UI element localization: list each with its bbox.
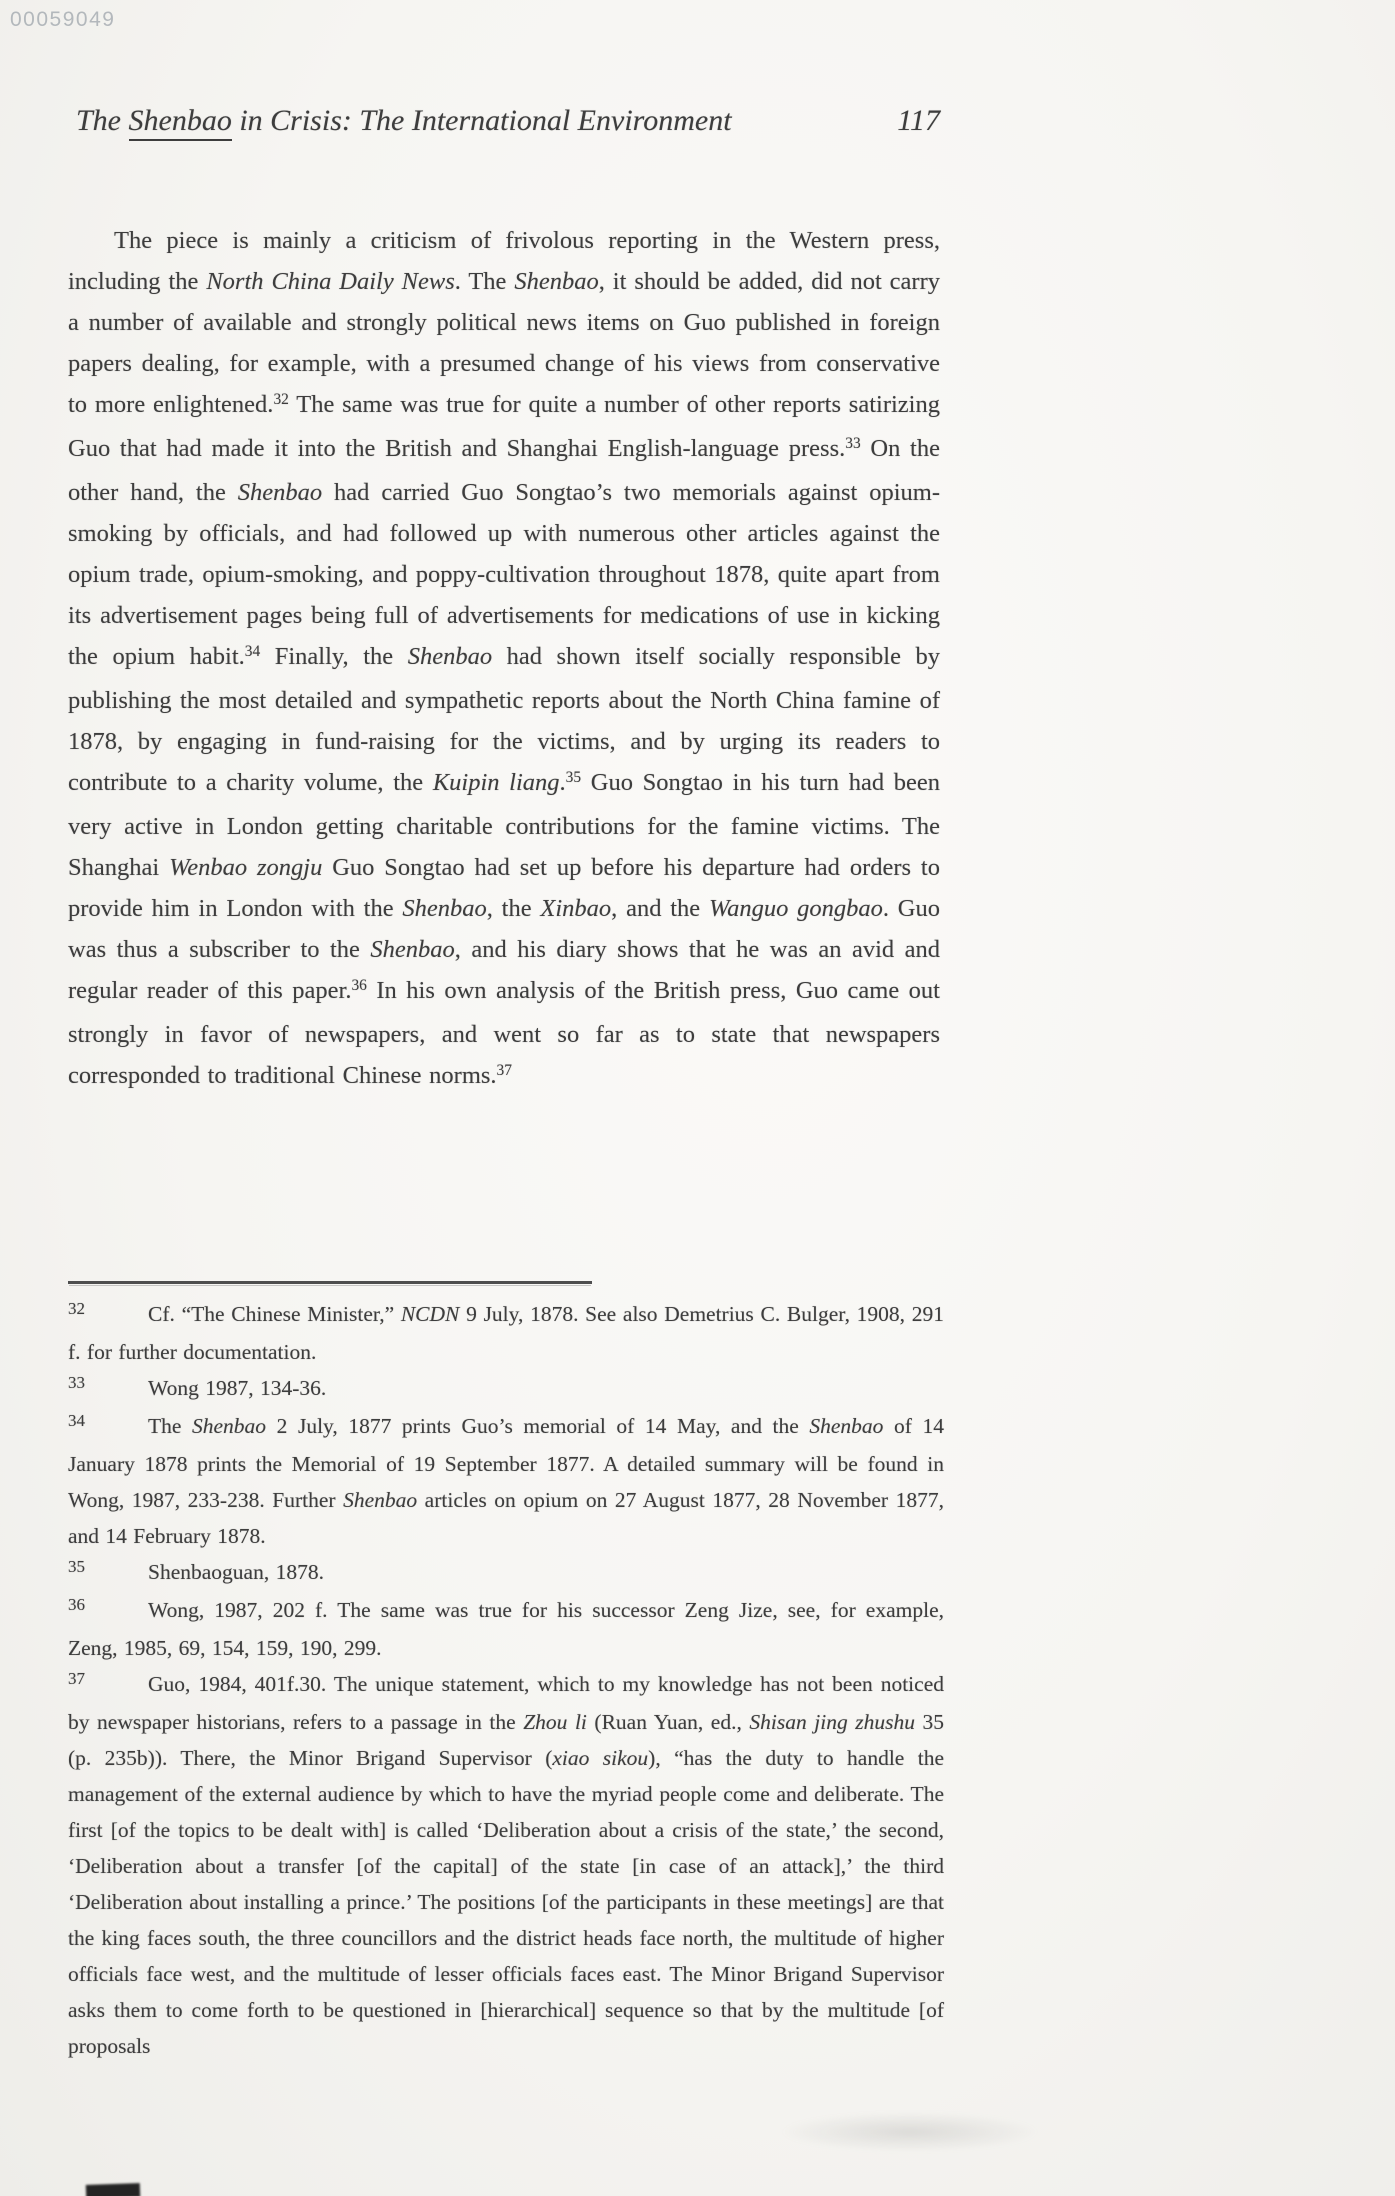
- chapter-title: The Shenbao in Crisis: The International…: [68, 104, 732, 138]
- footnote-34: 34The Shenbao 2 July, 1877 prints Guo’s …: [68, 1408, 944, 1554]
- footnote-number: 36: [68, 1592, 148, 1630]
- body-paragraph: The piece is mainly a criticism of frivo…: [68, 220, 940, 1099]
- footnotes-list: 32Cf. “The Chinese Minister,” NCDN 9 Jul…: [68, 1296, 944, 2064]
- footnote-number: 33: [68, 1370, 148, 1408]
- footnote-text: Shenbaoguan, 1878.: [148, 1560, 324, 1584]
- scan-corner-mark: [86, 2183, 140, 2196]
- scan-smudge: [780, 2112, 1040, 2152]
- scan-number: 00059049: [10, 8, 115, 32]
- footnote-32: 32Cf. “The Chinese Minister,” NCDN 9 Jul…: [68, 1296, 944, 1370]
- footnote-35: 35Shenbaoguan, 1878.: [68, 1554, 944, 1592]
- page-number: 117: [897, 104, 940, 138]
- running-header: The Shenbao in Crisis: The International…: [68, 104, 940, 138]
- footnote-36: 36Wong, 1987, 202 f. The same was true f…: [68, 1592, 944, 1666]
- footnote-text: The Shenbao 2 July, 1877 prints Guo’s me…: [68, 1414, 944, 1548]
- footnote-text: Guo, 1984, 401f.30. The unique statement…: [68, 1672, 944, 2058]
- footnote-number: 32: [68, 1296, 148, 1334]
- footnote-text: Wong 1987, 134-36.: [148, 1376, 326, 1400]
- footnote-37: 37Guo, 1984, 401f.30. The unique stateme…: [68, 1666, 944, 2064]
- footnote-text: Wong, 1987, 202 f. The same was true for…: [68, 1598, 944, 1660]
- footnote-number: 34: [68, 1408, 148, 1446]
- footnote-text: Cf. “The Chinese Minister,” NCDN 9 July,…: [68, 1302, 944, 1364]
- footnote-number: 35: [68, 1554, 148, 1592]
- footnote-33: 33Wong 1987, 134-36.: [68, 1370, 944, 1408]
- footnote-number: 37: [68, 1666, 148, 1704]
- footnote-separator-rule: [68, 1281, 592, 1284]
